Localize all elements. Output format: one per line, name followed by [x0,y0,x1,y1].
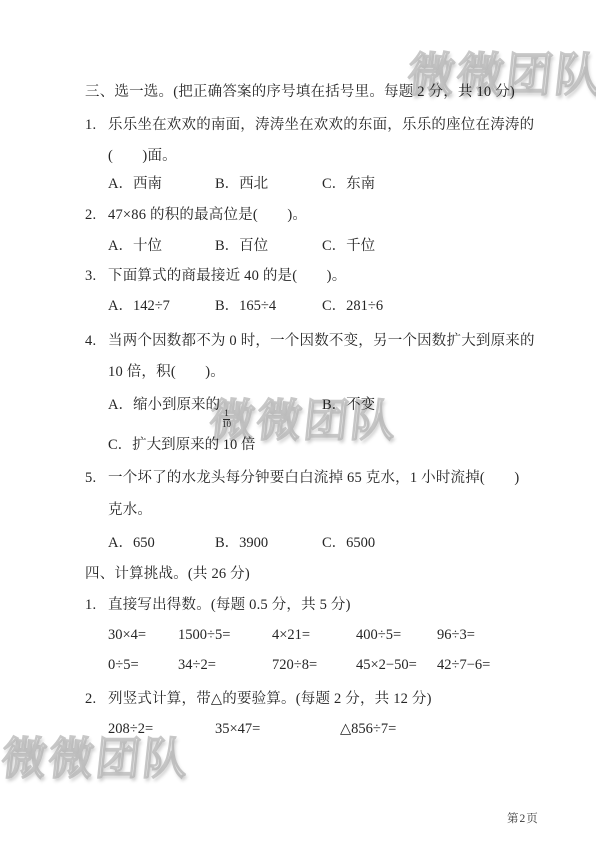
mental-expression: 4×21= [272,627,310,644]
calc-sub2-heading: 2.列竖式计算，带△的要验算。(每题 2 分，共 12 分) [85,691,432,708]
question-2-number: 2. [85,207,108,224]
mental-expression: 30×4= [108,627,146,644]
mental-expression: 45×2−50= [356,657,417,674]
question-3-number: 3. [85,268,108,285]
calc-sub2-text: 列竖式计算，带△的要验算。(每题 2 分，共 12 分) [108,691,432,707]
question-3-option-a: A．142÷7 [108,298,170,315]
question-3-option-b: B．165÷4 [215,298,276,315]
question-1-text: 乐乐坐在欢欢的南面，涛涛坐在欢欢的东面，乐乐的座位在涛涛的 [108,117,534,133]
question-1-line-1: 1.乐乐坐在欢欢的南面，涛涛坐在欢欢的东面，乐乐的座位在涛涛的 [85,117,534,134]
question-5-text: 一个坏了的水龙头每分钟要白白流掉 65 克水，1 小时流掉( ) [108,470,519,486]
section-calc-heading: 四、计算挑战。(共 26 分) [85,566,250,583]
calc-sub1-number: 1. [85,597,108,614]
question-1-option-c: C．东南 [322,176,375,193]
question-5-line-1: 5.一个坏了的水龙头每分钟要白白流掉 65 克水，1 小时流掉( ) [85,470,519,487]
question-1-option-b: B．西北 [215,176,268,193]
question-5-line-2: 克水。 [108,502,152,519]
fraction-numerator: 1 [223,409,231,420]
question-5-option-c: C．6500 [322,535,375,552]
question-4-option-b: B．不变 [322,397,375,414]
question-2-option-c: C．千位 [322,238,375,255]
question-5-option-a: A．650 [108,535,155,552]
mental-expression: 720÷8= [272,657,317,674]
mental-expression: 1500÷5= [178,627,230,644]
calc-sub1-heading: 1.直接写出得数。(每题 0.5 分，共 5 分) [85,597,351,614]
fraction-denominator: 10 [222,420,231,430]
question-2-text: 47×86 的积的最高位是( )。 [108,207,307,223]
mental-expression: 0÷5= [108,657,139,674]
question-3-text: 下面算式的商最接近 40 的是( )。 [108,268,346,284]
vertical-expression: △856÷7= [340,721,396,738]
calc-sub2-number: 2. [85,691,108,708]
vertical-expression: 35×47= [215,721,260,738]
mental-expression: 42÷7−6= [437,657,490,674]
question-4-option-a-text: A．缩小到原来的 [108,397,220,413]
question-4-text: 当两个因数都不为 0 时，一个因数不变，另一个因数扩大到原来的 [108,333,535,349]
page-number: 第2页 [507,810,539,826]
question-4-line-1: 4.当两个因数都不为 0 时，一个因数不变，另一个因数扩大到原来的 [85,333,535,350]
question-4-line-2: 10 倍，积( )。 [108,364,225,381]
mental-expression: 400÷5= [356,627,401,644]
watermark-bottom-left: 微微团队 [0,722,193,787]
mental-expression: 96÷3= [437,627,475,644]
question-1-option-a: A．西南 [108,176,162,193]
question-1-number: 1. [85,117,108,134]
fraction-one-tenth: 110 [222,409,231,430]
question-5-option-b: B．3900 [215,535,268,552]
question-5-number: 5. [85,470,108,487]
mental-expression: 34÷2= [178,657,216,674]
worksheet-page: 微微团队 微微团队 微微团队 三、选一选。(把正确答案的序号填在括号里。每题 2… [0,0,596,842]
question-2-line-1: 2.47×86 的积的最高位是( )。 [85,207,307,224]
vertical-expression: 208÷2= [108,721,153,738]
calc-sub1-text: 直接写出得数。(每题 0.5 分，共 5 分) [108,597,351,613]
question-2-option-a: A．十位 [108,238,162,255]
question-4-option-a: A．缩小到原来的110 [108,397,233,430]
question-4-option-c: C．扩大到原来的 10 倍 [108,437,255,454]
section-choice-heading: 三、选一选。(把正确答案的序号填在括号里。每题 2 分，共 10 分) [85,84,515,101]
question-2-option-b: B．百位 [215,238,268,255]
question-3-option-c: C．281÷6 [322,298,383,315]
question-4-number: 4. [85,333,108,350]
question-1-line-2: ( )面。 [108,148,177,165]
question-3-line-1: 3.下面算式的商最接近 40 的是( )。 [85,268,346,285]
